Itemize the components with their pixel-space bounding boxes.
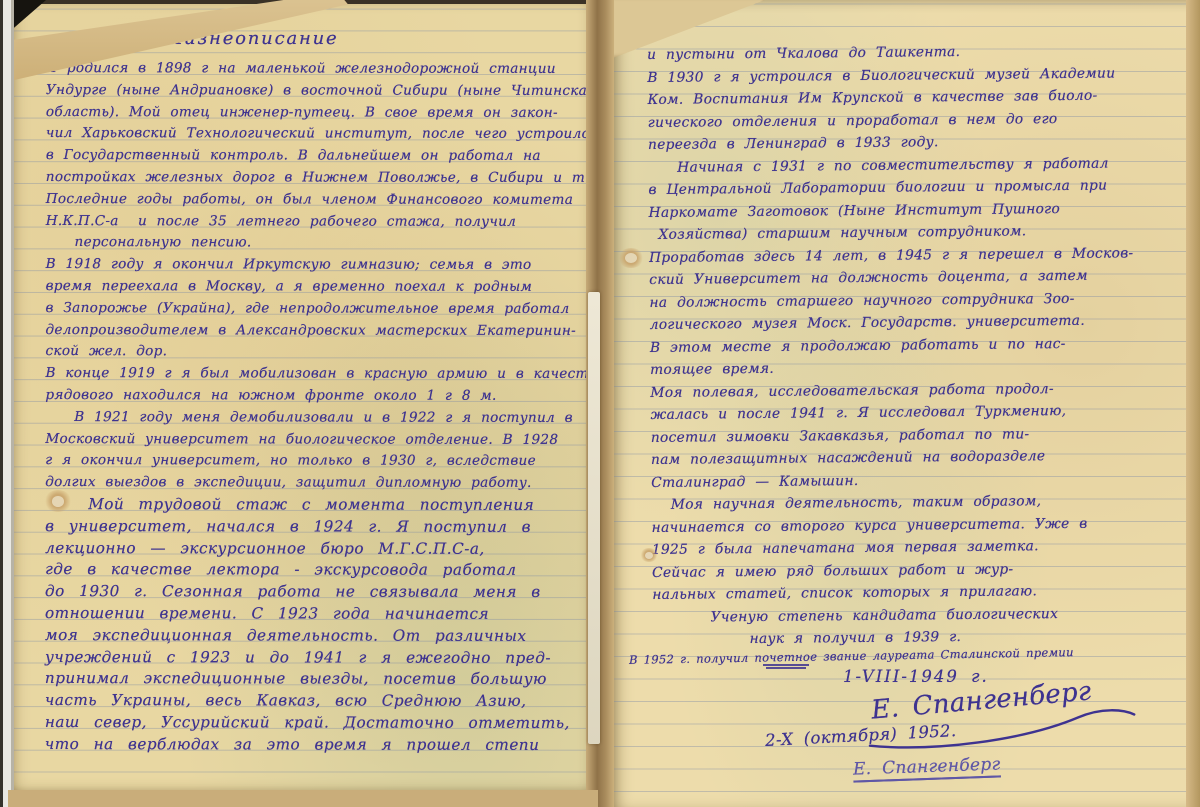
binding-tape xyxy=(588,292,600,744)
manuscript-line: время переехала в Москву, а я временно п… xyxy=(46,276,591,299)
manuscript-page-right: и пустыни от Чкалова до Ташкента.В 1930 … xyxy=(613,0,1200,807)
manuscript-line: что на верблюдах за это время я прошел с… xyxy=(45,734,590,757)
manuscript-line: Я родился в 1898 г на маленькой железнод… xyxy=(46,58,591,81)
right-page-edge xyxy=(1186,0,1200,807)
manuscript-line: долгих выездов в экспедиции, защитил дип… xyxy=(45,472,590,495)
paper-stain xyxy=(44,490,72,512)
manuscript-line: где в качестве лектора - экскурсовода ра… xyxy=(45,559,590,582)
manuscript-line: моя экспедиционная деятельность. От разл… xyxy=(45,625,590,648)
manuscript-line: постройках железных дорог в Нижнем Повол… xyxy=(46,167,591,190)
manuscript-page-left: Жизнеописание Я родился в 1898 г на мале… xyxy=(12,4,594,793)
manuscript-line: персональную пенсию. xyxy=(46,232,591,255)
manuscript-line: чил Харьковский Технологический институт… xyxy=(46,123,591,146)
manuscript-text-left: Я родился в 1898 г на маленькой железнод… xyxy=(45,58,591,756)
manuscript-line: лекционно — экскурсионное бюро М.Г.С.П.С… xyxy=(45,538,590,561)
manuscript-line: принимал экспедиционные выезды, посетив … xyxy=(45,668,590,691)
signature-secondary: Е. Спангенберг xyxy=(853,754,1001,779)
manuscript-line: в университет, начался в 1924 г. Я посту… xyxy=(45,516,590,539)
paper-stain xyxy=(640,548,658,562)
manuscript-line: наш север, Уссурийский край. Достаточно … xyxy=(45,712,590,735)
manuscript-line: Последние годы работы, он был членом Фин… xyxy=(46,189,591,212)
torn-page-edge xyxy=(0,0,14,807)
manuscript-text-right: и пустыни от Чкалова до Ташкента.В 1930 … xyxy=(647,39,1200,652)
manuscript-line: рядового находился на южном фронте около… xyxy=(45,385,590,408)
manuscript-line: Ундурге (ныне Андриановке) в восточной С… xyxy=(46,80,591,103)
manuscript-line: учреждений с 1923 и до 1941 г я ежегодно… xyxy=(45,647,590,670)
manuscript-line: г я окончил университет, но только в 193… xyxy=(45,450,590,473)
manuscript-line: ской жел. дор. xyxy=(45,341,590,364)
underline-mark xyxy=(766,667,806,669)
underline-mark xyxy=(763,664,809,666)
manuscript-line: делопроизводителем в Александровских мас… xyxy=(46,320,591,343)
bottom-page-edge xyxy=(8,790,598,807)
manuscript-line: В 1918 году я окончил Иркутскую гимназию… xyxy=(46,254,591,277)
manuscript-line: в Запорожье (Украйна), где непродолжител… xyxy=(46,298,591,321)
manuscript-line: до 1930 г. Сезонная работа не связывала … xyxy=(45,581,590,604)
manuscript-line: Н.К.П.С-а и после 35 летнего рабочего ст… xyxy=(46,211,591,234)
manuscript-line: отношении времени. С 1923 года начинаетс… xyxy=(45,603,590,626)
manuscript-line: Мой трудовой стаж с момента поступления xyxy=(45,494,590,517)
manuscript-line: в Государственный контроль. В дальнейшем… xyxy=(46,145,591,168)
paper-stain xyxy=(618,248,644,268)
manuscript-line: Московский университет на биологическое … xyxy=(45,429,590,452)
manuscript-line: часть Украины, весь Кавказ, всю Среднюю … xyxy=(45,690,590,713)
manuscript-line: В конце 1919 г я был мобилизован в красн… xyxy=(45,363,590,386)
manuscript-line: область). Мой отец инженер-путеец. В сво… xyxy=(46,102,591,125)
scanned-manuscript: Жизнеописание Я родился в 1898 г на мале… xyxy=(0,0,1200,807)
manuscript-line: В 1921 году меня демобилизовали и в 1922… xyxy=(45,407,590,430)
defense-date: 1-VIII-1949 г. xyxy=(843,667,989,686)
